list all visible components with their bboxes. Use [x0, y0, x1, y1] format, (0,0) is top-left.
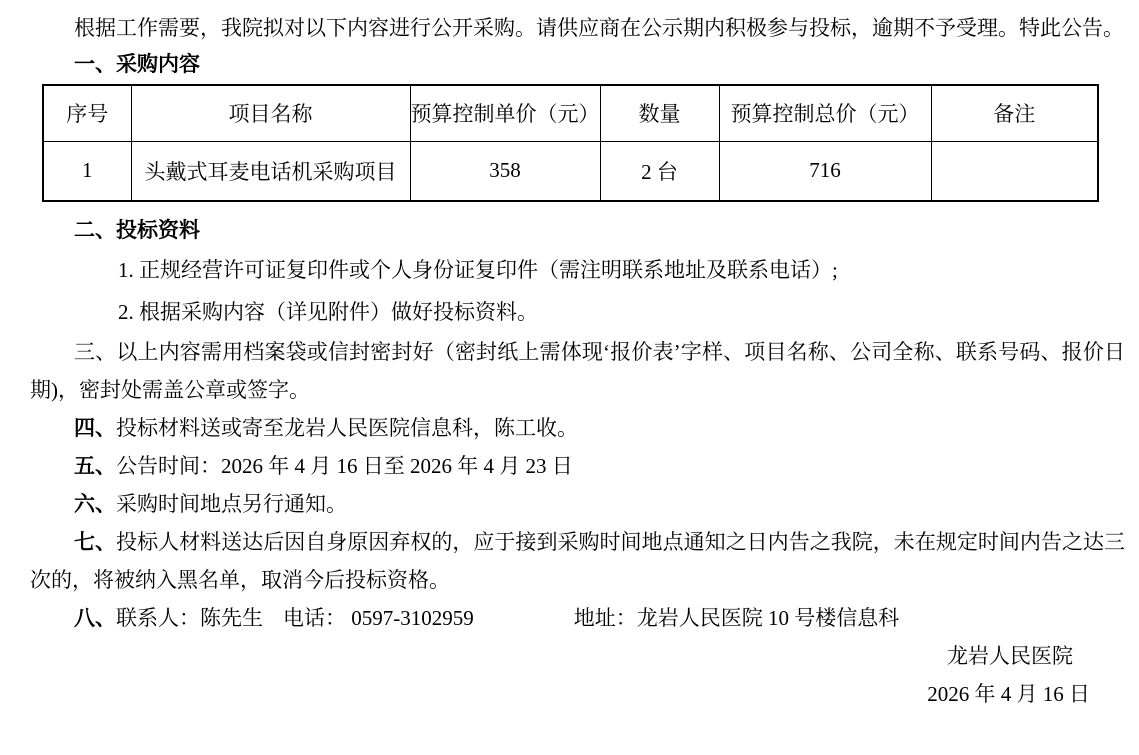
col-header-project-name: 项目名称 — [131, 85, 410, 141]
cell-index: 1 — [43, 141, 131, 201]
contact-person: 联系人：陈先生 — [116, 606, 263, 630]
section3-number: 三、 — [74, 340, 116, 364]
section4-number: 四、 — [74, 416, 116, 440]
table-header-row: 序号 项目名称 预算控制单价（元） 数量 预算控制总价（元） 备注 — [43, 85, 1098, 141]
cell-total-price: 716 — [719, 141, 931, 201]
intro-paragraph: 根据工作需要，我院拟对以下内容进行公开采购。请供应商在公示期内积极参与投标，逾期… — [30, 9, 1125, 47]
section7-paragraph: 七、投标人材料送达后因自身原因弃权的，应于接到采购时间地点通知之日内告之我院，未… — [30, 523, 1125, 599]
section2-item-1: 1. 正规经营许可证复印件或个人身份证复印件（需注明联系地址及联系电话）; — [30, 249, 1125, 291]
section3-text: 以上内容需用档案袋或信封密封好（密封纸上需体现‘报价表’字样、项目名称、公司全称… — [30, 340, 1125, 402]
table-row: 1 头戴式耳麦电话机采购项目 358 2 台 716 — [43, 141, 1098, 201]
section1-heading: 一、采购内容 — [30, 47, 1125, 81]
signature-date: 2026 年 4 月 16 日 — [30, 675, 1125, 713]
section7-text: 投标人材料送达后因自身原因弃权的，应于接到采购时间地点通知之日内告之我院，未在规… — [30, 530, 1125, 592]
section7-number: 七、 — [74, 530, 116, 554]
section8-number: 八、 — [74, 606, 116, 630]
section8-paragraph: 八、联系人：陈先生电话： 0597-3102959地址：龙岩人民医院 10 号楼… — [30, 599, 1125, 637]
col-header-quantity: 数量 — [600, 85, 719, 141]
section6-number: 六、 — [74, 492, 116, 516]
col-header-index: 序号 — [43, 85, 131, 141]
section4-paragraph: 四、投标材料送或寄至龙岩人民医院信息科，陈工收。 — [30, 409, 1125, 447]
section5-text: 公告时间：2026 年 4 月 16 日至 2026 年 4 月 23 日 — [116, 454, 573, 478]
cell-project-name: 头戴式耳麦电话机采购项目 — [131, 141, 410, 201]
contact-address: 地址：龙岩人民医院 10 号楼信息科 — [574, 606, 900, 630]
col-header-total-price: 预算控制总价（元） — [719, 85, 931, 141]
col-header-unit-price: 预算控制单价（元） — [410, 85, 600, 141]
signature-organization: 龙岩人民医院 — [30, 637, 1125, 675]
cell-remarks — [931, 141, 1098, 201]
col-header-remarks: 备注 — [931, 85, 1098, 141]
section6-text: 采购时间地点另行通知。 — [116, 492, 347, 516]
section5-number: 五、 — [74, 454, 116, 478]
procurement-announcement: 根据工作需要，我院拟对以下内容进行公开采购。请供应商在公示期内积极参与投标，逾期… — [0, 0, 1139, 713]
section5-paragraph: 五、公告时间：2026 年 4 月 16 日至 2026 年 4 月 23 日 — [30, 447, 1125, 485]
purchase-table: 序号 项目名称 预算控制单价（元） 数量 预算控制总价（元） 备注 1 头戴式耳… — [42, 84, 1099, 202]
cell-unit-price: 358 — [410, 141, 600, 201]
cell-quantity: 2 台 — [600, 141, 719, 201]
section3-paragraph: 三、以上内容需用档案袋或信封密封好（密封纸上需体现‘报价表’字样、项目名称、公司… — [30, 333, 1125, 409]
section2-heading: 二、投标资料 — [30, 211, 1125, 249]
contact-phone: 电话： 0597-3102959 — [283, 606, 474, 630]
section2-item-2: 2. 根据采购内容（详见附件）做好投标资料。 — [30, 291, 1125, 333]
section4-text: 投标材料送或寄至龙岩人民医院信息科，陈工收。 — [116, 416, 578, 440]
section6-paragraph: 六、采购时间地点另行通知。 — [30, 485, 1125, 523]
